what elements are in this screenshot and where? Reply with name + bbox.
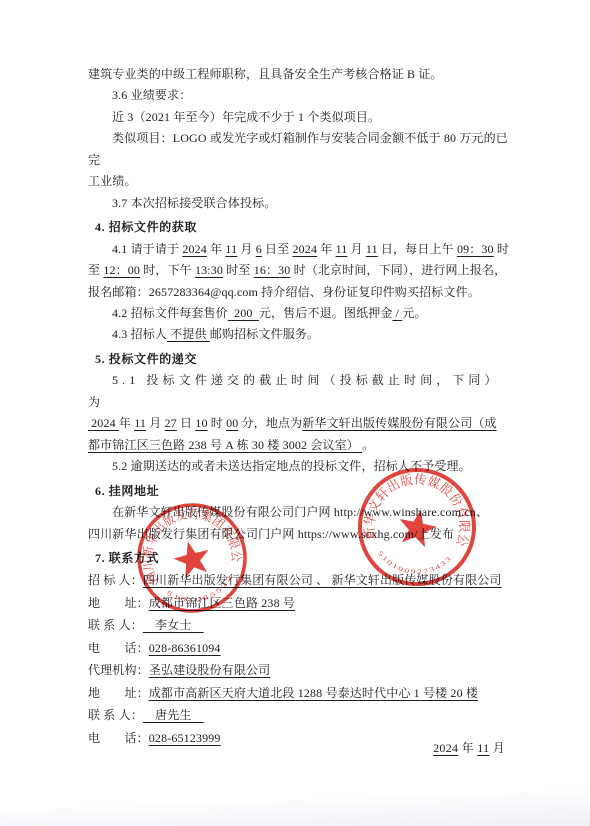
underlined-value: 11: [225, 242, 237, 256]
text-line: 4.3 招标人 不提供 邮购招标文件服务。: [88, 324, 509, 345]
contact-value: 四川新华出版发行集团有限公司 、 新华文轩出版传媒股份有限公司: [143, 570, 502, 591]
underlined-value: 09：30: [457, 242, 494, 256]
contact-value: 李女士: [143, 615, 204, 636]
text-run: 4.1 请于请于: [112, 242, 182, 256]
underlined-value: 16：30: [254, 263, 291, 277]
text-run: 日至: [262, 242, 293, 256]
section-heading: 5. 投标文件的递交: [88, 349, 509, 370]
text-run: 在新华文轩出版传媒股份有限公司门户网 http://www.winshare.c…: [112, 505, 488, 519]
text-run: 时: [208, 416, 226, 430]
text-run: 分，地点为: [238, 416, 302, 430]
text-line: 都市锦江区三色路 238 号 A 栋 30 楼 3002 会议室） 。: [88, 435, 509, 456]
text-line: 报名邮箱：2657283364@qq.com 持介绍信、身份证复印件购买招标文件…: [88, 282, 509, 303]
underlined-value: 13:30: [195, 263, 223, 277]
text-run: 月: [489, 741, 505, 755]
contact-label: 地 址：: [88, 593, 149, 614]
text-run: 日，每日上午: [378, 242, 457, 256]
underlined-value: 10: [195, 416, 207, 430]
text-run: 至: [88, 263, 103, 277]
text-line: 5.2 逾期送达的或者未送达指定地点的投标文件，招标人不予受理。: [88, 456, 509, 477]
contact-label: 电 话：: [88, 638, 149, 659]
text-run: 建筑专业类的中级工程师职称，且具备安全生产考核合格证 B 证。: [88, 67, 443, 81]
contact-label: 联 系 人：: [88, 615, 143, 636]
contact-value: 唐先生: [143, 705, 204, 726]
text-run: 3.7 本次招标接受联合体投标。: [112, 196, 276, 210]
text-line: 建筑专业类的中级工程师职称，且具备安全生产考核合格证 B 证。: [88, 64, 509, 85]
underlined-value: 27: [165, 416, 177, 430]
contact-label: 代理机构：: [88, 660, 149, 681]
underlined-value: 11: [336, 242, 348, 256]
text-run: 5. 投标文件的递交: [95, 352, 197, 366]
underlined-value: 2024: [88, 416, 119, 430]
text-line: 4.1 请于请于 2024 年 11 月 6 日至 2024 年 11 月 11…: [88, 239, 509, 260]
underlined-value: 200: [228, 306, 259, 320]
underlined-value: 00: [226, 416, 238, 430]
text-line: 2024 年 11 月 27 日 10 时 00 分，地点为新华文轩出版传媒股份…: [88, 413, 509, 434]
document-page: 建筑专业类的中级工程师职称，且具备安全生产考核合格证 B 证。3.6 业绩要求：…: [0, 0, 590, 826]
issue-date: 2024 年 11 月: [433, 739, 505, 756]
text-line: 3.7 本次招标接受联合体投标。: [88, 193, 509, 214]
contact-row: 招 标 人：四川新华出版发行集团有限公司 、 新华文轩出版传媒股份有限公司: [88, 570, 509, 591]
contact-value: 028-86361094: [149, 638, 221, 659]
text-line: 类似项目：LOGO 或发光字或灯箱制作与安装合同金额不低于 80 万元的已完: [88, 128, 509, 171]
underlined-value: 2024: [182, 242, 207, 256]
underlined-value: 不提供: [167, 327, 210, 341]
text-run: 5.2 逾期送达的或者未送达指定地点的投标文件，招标人不予受理。: [112, 459, 471, 473]
text-run: 年: [207, 242, 225, 256]
text-run: 。: [362, 438, 374, 452]
text-run: 6. 挂网地址: [95, 484, 159, 498]
contact-value: 成都市锦江区三色路 238 号: [149, 593, 295, 614]
contact-value: 圣弘建设股份有限公司: [149, 660, 271, 681]
section-heading: 6. 挂网地址: [88, 481, 509, 502]
contact-row: 地 址：成都市锦江区三色路 238 号: [88, 593, 509, 614]
contact-value: 成都市高新区天府大道北段 1288 号泰达时代中心 1 号楼 20 楼: [149, 683, 478, 704]
contact-label: 招 标 人：: [88, 570, 143, 591]
text-line: 4.2 招标文件每套售价 200 元，售后不退。图纸押金 / 元。: [88, 303, 509, 324]
contact-row: 地 址：成都市高新区天府大道北段 1288 号泰达时代中心 1 号楼 20 楼: [88, 683, 509, 704]
text-run: 报名邮箱：2657283364@qq.com 持介绍信、身份证复印件购买招标文件…: [88, 285, 480, 299]
text-run: 日: [177, 416, 195, 430]
text-run: 四川新华出版发行集团有限公司门户网 https://www.scxhg.com/…: [88, 527, 454, 541]
contact-value: 028-65123999: [149, 728, 221, 749]
underlined-value: 新华文轩出版传媒股份有限公司（成: [302, 416, 496, 430]
text-line: 在新华文轩出版传媒股份有限公司门户网 http://www.winshare.c…: [88, 502, 509, 523]
text-line: 5.1 投标文件递交的截止时间（投标截止时间，下同）为: [88, 370, 509, 413]
text-run: 年: [458, 741, 477, 755]
text-run: 7. 联系方式: [95, 551, 159, 565]
text-run: 月: [237, 242, 255, 256]
contact-label: 地 址：: [88, 683, 149, 704]
text-run: 邮购招标文件服务。: [210, 327, 319, 341]
document-body: 建筑专业类的中级工程师职称，且具备安全生产考核合格证 B 证。3.6 业绩要求：…: [88, 64, 509, 749]
text-line: 四川新华出版发行集团有限公司门户网 https://www.scxhg.com/…: [88, 524, 509, 545]
text-run: 5.1 投标文件递交的截止时间（投标截止时间，下同）为: [88, 373, 501, 408]
text-run: 时，下午: [140, 263, 195, 277]
text-run: 近 3（2021 年至今）年完成不少于 1 个类似项目。: [112, 110, 380, 124]
text-run: 3.6 业绩要求：: [112, 88, 191, 102]
underlined-value: 11: [134, 416, 146, 430]
text-line: 至 12：00 时，下午 13:30 时至 16：30 时（北京时间，下同），进…: [88, 260, 509, 281]
text-run: 月: [146, 416, 164, 430]
contact-row: 联 系 人： 李女士: [88, 615, 509, 636]
text-run: 月: [347, 242, 365, 256]
section-heading: 4. 招标文件的获取: [88, 217, 509, 238]
underlined-value: 2024: [433, 741, 458, 755]
section-heading: 7. 联系方式: [88, 548, 509, 569]
text-run: 4. 招标文件的获取: [95, 220, 197, 234]
underlined-value: /: [393, 306, 403, 320]
text-run: 4.3 招标人: [112, 327, 167, 341]
text-line: 近 3（2021 年至今）年完成不少于 1 个类似项目。: [88, 107, 509, 128]
text-run: 元。: [402, 306, 426, 320]
contact-row: 代理机构：圣弘建设股份有限公司: [88, 660, 509, 681]
text-run: 元，售后不退。图纸押金: [259, 306, 393, 320]
contact-label: 电 话：: [88, 728, 149, 749]
contact-row: 电 话：028-86361094: [88, 638, 509, 659]
text-run: 时（北京时间，下同），进行网上报名，: [290, 263, 506, 277]
text-line: 工业绩。: [88, 171, 509, 192]
contact-row: 联 系 人： 唐先生: [88, 705, 509, 726]
underlined-value: 12：00: [103, 263, 140, 277]
text-run: 4.2 招标文件每套售价: [112, 306, 228, 320]
text-run: 时至: [223, 263, 254, 277]
contact-label: 联 系 人：: [88, 705, 143, 726]
underlined-value: 都市锦江区三色路 238 号 A 栋 30 楼 3002 会议室）: [88, 438, 362, 452]
text-line: 3.6 业绩要求：: [88, 85, 509, 106]
text-run: 年: [317, 242, 335, 256]
underlined-value: 11: [366, 242, 378, 256]
underlined-value: 2024: [293, 242, 318, 256]
text-run: 年: [119, 416, 134, 430]
text-run: 时: [494, 242, 509, 256]
underlined-value: 11: [477, 741, 489, 755]
text-run: 类似项目：LOGO 或发光字或灯箱制作与安装合同金额不低于 80 万元的已完: [88, 131, 508, 166]
text-run: 工业绩。: [88, 174, 137, 188]
